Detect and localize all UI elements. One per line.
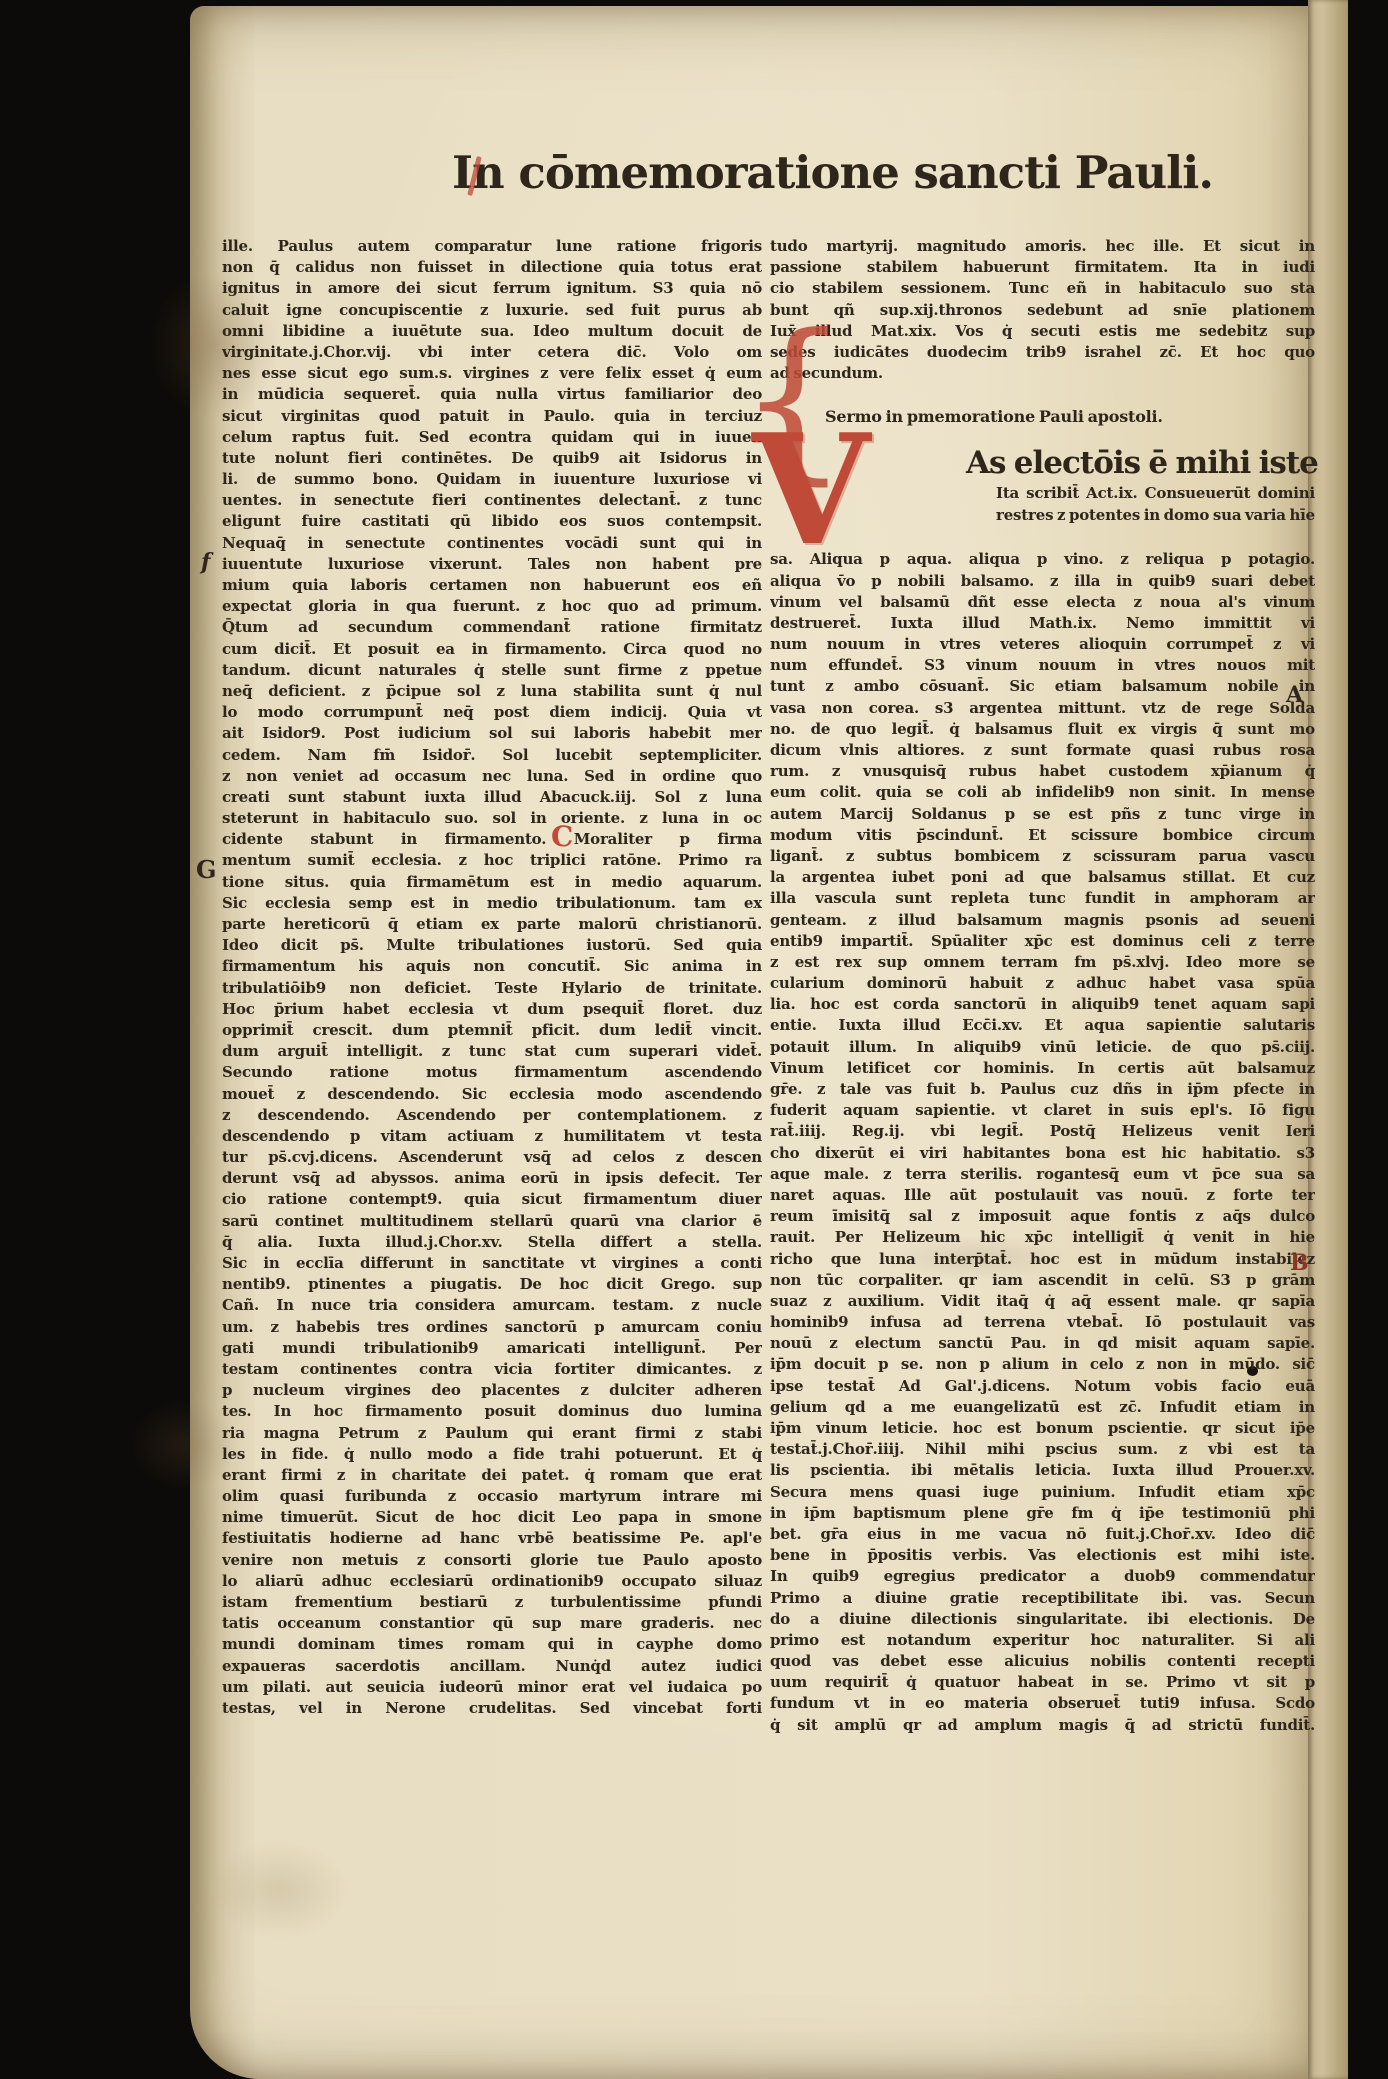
text-line: In quib9 egregius predicator a duob9 com… <box>770 1566 1315 1587</box>
text-line: uum requirit̄ q̇ quatuor habeat in se. P… <box>770 1672 1315 1693</box>
text-line: expectat gloria in qua fuerunt. z hoc qu… <box>222 596 762 617</box>
text-line: parte hereticorū q̄ etiam ex parte malor… <box>222 914 762 935</box>
text-line: z descendendo. Ascendendo per contemplat… <box>222 1105 762 1126</box>
text-line: um pilati. aut seuicia iudeorū minor era… <box>222 1677 762 1698</box>
text-line: mouet̄ z descendendo. Sic ecclesia modo … <box>222 1084 762 1105</box>
text-line: opprimit̄ crescit. dum ptemnit̄ pficit. … <box>222 1020 762 1041</box>
text-line: cedem. Nam fm̄ Isidor̄. Sol lucebit sept… <box>222 745 762 766</box>
text-line: ignitus in amore dei sicut ferrum ignitu… <box>222 278 762 299</box>
text-line: tunt z ambo cōsuant̄. Sic etiam balsamum… <box>770 676 1315 697</box>
text-line: Iux̄ illud Mat.xix. Vos q̇ secuti estis … <box>770 321 1315 342</box>
text-line: tur ps̄.cvj.dicens. Ascenderunt vsq̄ ad … <box>222 1147 762 1168</box>
text-line: la argentea iubet poni ad que balsamus s… <box>770 867 1315 888</box>
text-line: Q̄tum ad secundum commendant̄ ratione fi… <box>222 617 762 638</box>
text-line: istam frementium bestiarū z turbulentiss… <box>222 1592 762 1613</box>
text-line: eligunt fuire castitati qū libido eos su… <box>222 511 762 532</box>
lombard-initial-c: C <box>551 820 573 853</box>
text-line: ad secundum. <box>770 363 1315 384</box>
text-line: rauit. Per Helizeum hic xp̄c intelligit̄… <box>770 1227 1315 1248</box>
text-line: Sic in ecclīa differunt in sanctitate vt… <box>222 1253 762 1274</box>
text-line: descendendo p vitam actiuam z humilitate… <box>222 1126 762 1147</box>
text-line: ria magna Petrum z Paulum qui erant firm… <box>222 1423 762 1444</box>
text-line: ipse testat̄ Ad Gal'.j.dicens. Notum vob… <box>770 1376 1315 1397</box>
rubric-brace: } <box>738 320 849 480</box>
text-line: cularium dominorū habuit z adhuc habet v… <box>770 973 1315 994</box>
text-line: passione stabilem habuerunt firmitatem. … <box>770 257 1315 278</box>
text-line: nentib9. ptinentes a piugatis. De hoc di… <box>222 1274 762 1295</box>
text-line: modum vitis p̄scindunt̄. Et scissure bom… <box>770 825 1315 846</box>
margin-letter-b: B <box>1290 1250 1309 1276</box>
text-line: firmamentum his aquis non concutit̄. Sic… <box>222 956 762 977</box>
text-line: tes. In hoc firmamento posuit dominus du… <box>222 1401 762 1422</box>
text-line: Primo a diuine gratie receptibilitate ib… <box>770 1588 1315 1609</box>
text-line: restres z potentes in domo sua varia hīe… <box>996 505 1315 526</box>
text-line: quod vas debet esse alicuius nobilis con… <box>770 1651 1315 1672</box>
text-line: non q̄ calidus non fuisset in dilectione… <box>222 257 762 278</box>
sermon-incipit: V As electōis ē mihi iste Ita scribit̄ A… <box>770 443 1315 538</box>
text-line: lia. hoc est corda sanctorū in aliquib9 … <box>770 994 1315 1015</box>
text-line: mundi dominam times romam qui in cayphe … <box>222 1634 762 1655</box>
text-line: testas, vel in Nerone crudelitas. Sed vi… <box>222 1698 762 1719</box>
text-line: no. de quo legit̄. q̇ balsamus fluit ex … <box>770 719 1315 740</box>
text-line: Secura mens quasi iuge puinium. Infudit … <box>770 1482 1315 1503</box>
text-line: Sic ecclesia semp est in medio tribulati… <box>222 893 762 914</box>
sermon-rubric: Sermo in pmemoratione Pauli apostoli. <box>825 406 1315 427</box>
text-line: tione situs. quia firmamētum est in medi… <box>222 872 762 893</box>
page-title: In cōmemoratione sancti Pauli. <box>452 146 1164 208</box>
text-line: illa vascula sunt repleta tunc fundit in… <box>770 888 1315 909</box>
text-line: caluit igne concupiscentie z luxurie. se… <box>222 300 762 321</box>
text-line: Nequaq̄ in senectute continentes vocādi … <box>222 533 762 554</box>
text-line: eum colit. quia se coli ab infidelib9 no… <box>770 782 1315 803</box>
left-column-text: ille. Paulus autem comparatur lune ratio… <box>222 236 762 1719</box>
text-line: z est rex sup omnem terram fm ps̄.xlvj. … <box>770 952 1315 973</box>
text-line: num effundet̄. S3 vinum nouum in vtres n… <box>770 655 1315 676</box>
text-line: suaz z auxilium. Vidit itaq̄ q̇ aq̄ esse… <box>770 1291 1315 1312</box>
text-line: p nucleum virgines deo placentes z dulci… <box>222 1380 762 1401</box>
text-line: mium quia laboris certamen non habuerunt… <box>222 575 762 596</box>
text-line: Vinum letificet cor hominis. In certis a… <box>770 1058 1315 1079</box>
text-line: sicut virginitas quod patuit in Paulo. q… <box>222 406 762 427</box>
right-column-text-top: tudo martyrij. magnitudo amoris. hec ill… <box>770 236 1315 384</box>
text-line: num nouum in vtres veteres alioquin corr… <box>770 634 1315 655</box>
text-line: tribulatiōib9 non deficiet. Teste Hylari… <box>222 978 762 999</box>
text-line: creati sunt stabunt iuxta illud Abacuck.… <box>222 787 762 808</box>
text-line: testam continentes contra vicia fortiter… <box>222 1359 762 1380</box>
right-column: tudo martyrij. magnitudo amoris. hec ill… <box>770 236 1315 1736</box>
margin-letter-g: G <box>196 855 217 884</box>
text-line: ait Isidor9. Post iudicium sol sui labor… <box>222 723 762 744</box>
text-line: sarū continet multitudinem stellarū quar… <box>222 1211 762 1232</box>
left-column: ille. Paulus autem comparatur lune ratio… <box>222 236 762 1719</box>
text-line: tudo martyrij. magnitudo amoris. hec ill… <box>770 236 1315 257</box>
text-line: ip̄m vinum leticie. hoc est bonum pscien… <box>770 1418 1315 1439</box>
text-line: testat̄.j.Chor̄.iiij. Nihil mihi pscius … <box>770 1439 1315 1460</box>
text-line: destrueret̄. Iuxta illud Math.ix. Nemo i… <box>770 613 1315 634</box>
text-line: cum dicit̄. Et posuit ea in firmamento. … <box>222 639 762 660</box>
text-line: entib9 impartit̄. Spūaliter xp̄c est dom… <box>770 931 1315 952</box>
text-line: sedes iudicātes duodecim trib9 israhel z… <box>770 342 1315 363</box>
text-line: Ideo dicit ps̄. Multe tribulationes iust… <box>222 935 762 956</box>
text-line: steterunt in habitaculo suo. sol in orie… <box>222 808 762 829</box>
text-line: z non veniet ad occasum nec luna. Sed in… <box>222 766 762 787</box>
text-line: non tūc corpaliter. qr iam ascendit in c… <box>770 1270 1315 1291</box>
text-line: richo que luna interp̄tat̄. hoc est in m… <box>770 1249 1315 1270</box>
text-line: um. z habebis tres ordines sanctorū p am… <box>222 1317 762 1338</box>
text-line: neq̄ deficient. z p̄cipue sol z luna sta… <box>222 681 762 702</box>
text-line: genteam. z illud balsamum magnis psonis … <box>770 910 1315 931</box>
text-line: Ita scribit̄ Act.ix. Consueuerūt domini … <box>996 483 1315 504</box>
text-line: venire non metuis z consorti glorie tue … <box>222 1550 762 1571</box>
text-line: cio ratione contempt9. quia sicut firmam… <box>222 1189 762 1210</box>
text-line: lo aliarū adhuc ecclesiarū ordinationib9… <box>222 1571 762 1592</box>
text-line: olim quasi furibunda z occasio martyrum … <box>222 1486 762 1507</box>
text-line: uentes. in senectute fieri continentes d… <box>222 490 762 511</box>
text-line: dicum vlnis altiores. z sunt formate qua… <box>770 740 1315 761</box>
text-line: cio stabilem sessionem. Tunc eñ in habit… <box>770 278 1315 299</box>
text-line: lis pscientia. ibi mētalis leticia. Iuxt… <box>770 1460 1315 1481</box>
text-line: q̇ sit amplū qr ad amplum magis q̄ ad st… <box>770 1715 1315 1736</box>
text-line: bene in p̄positis verbis. Vas electionis… <box>770 1545 1315 1566</box>
text-line: cidente stabunt in firmamento. Moraliter… <box>222 829 762 850</box>
text-line: tute nolunt fieri continētes. De quib9 a… <box>222 448 762 469</box>
text-line: naret aquas. Ille aūt postulauit vas nou… <box>770 1185 1315 1206</box>
text-line: bunt qñ sup.xij.thronos sedebunt ad snīe… <box>770 300 1315 321</box>
text-line: gr̄e. z tale vas fuit b. Paulus cuz dñs … <box>770 1079 1315 1100</box>
text-line: tandum. dicunt naturales q̇ stelle sunt … <box>222 660 762 681</box>
incipit-display-line: As electōis ē mihi iste <box>966 443 1315 483</box>
text-line: iuuentute luxuriose vixerunt. Tales non … <box>222 554 762 575</box>
text-line: ligant̄. z subtus bombicem z scissuram p… <box>770 846 1315 867</box>
margin-letter-a: A <box>1286 682 1303 708</box>
text-line: nes esse sicut ego sum.s. virgines z ver… <box>222 363 762 384</box>
book-photo: In cōmemoratione sancti Pauli. ille. Pau… <box>0 0 1388 2079</box>
text-line: omni libidine a iuuētute sua. Ideo multu… <box>222 321 762 342</box>
text-line: bet. gr̄a eius in me vacua nō fuit.j.Cho… <box>770 1524 1315 1545</box>
text-line: erant firmi z in charitate dei patet. q̇… <box>222 1465 762 1486</box>
text-line: rum. z vnusquisq̄ rubus habet custodem x… <box>770 761 1315 782</box>
text-line: vasa non corea. s3 argentea mittunt. vtz… <box>770 698 1315 719</box>
text-line: cho dixerūt ei viri habitantes bona est … <box>770 1143 1315 1164</box>
text-line: les in fide. q̇ nullo modo a fide trahi … <box>222 1444 762 1465</box>
text-line: li. de summo bono. Quidam in iuuenture l… <box>222 469 762 490</box>
text-line: ip̄m docuit p se. non p alium in celo z … <box>770 1354 1315 1375</box>
text-line: dum arguit̄ intelligit. z tunc stat cum … <box>222 1041 762 1062</box>
text-line: fundum vt in eo materia obseruet̄ tuti9 … <box>770 1693 1315 1714</box>
text-line: Cañ. In nuce tria considera amurcam. tes… <box>222 1295 762 1316</box>
text-line: autem Marcij Soldanus p se est pñs z tun… <box>770 804 1315 825</box>
text-line: nouū z electum sanctū Pau. in qd misit a… <box>770 1333 1315 1354</box>
text-line: entie. Iuxta illud Ecc̄i.xv. Et aqua sap… <box>770 1015 1315 1036</box>
text-line: fuderit aquam sapientie. vt claret in su… <box>770 1100 1315 1121</box>
text-line: Secundo ratione motus firmamentum ascend… <box>222 1062 762 1083</box>
text-line: nime timuerūt. Sicut de hoc dicit Leo pa… <box>222 1507 762 1528</box>
text-line: potauit illum. In aliquib9 vinū leticie.… <box>770 1037 1315 1058</box>
margin-letter-f: f <box>201 549 210 575</box>
text-line: expaueras sacerdotis ancillam. Nunq̇d au… <box>222 1656 762 1677</box>
text-line: vinum vel balsamū dñt esse electa z noua… <box>770 592 1315 613</box>
text-line: rat̄.iiij. Reg.ij. vbi legit̄. Postq̄ He… <box>770 1121 1315 1142</box>
text-line: reum īmisitq̄ sal z imposuit aque fontis… <box>770 1206 1315 1227</box>
text-line: primo est notandum experitur hoc natural… <box>770 1630 1315 1651</box>
text-line: do a diuine dilectionis singularitate. i… <box>770 1609 1315 1630</box>
text-line: derunt vsq̄ ad abyssos. anima eorū in ip… <box>222 1168 762 1189</box>
text-line: ille. Paulus autem comparatur lune ratio… <box>222 236 762 257</box>
text-line: aque male. z terra sterilis. rogantesq̄ … <box>770 1164 1315 1185</box>
text-line: gelium qd a me euangelizatū est zc̄. Inf… <box>770 1397 1315 1418</box>
text-line: tatis occeanum constantior qū sup mare g… <box>222 1613 762 1634</box>
text-line: in ip̄m baptismum plene gr̄e fm q̇ ip̄e … <box>770 1503 1315 1524</box>
text-line: celum raptus fuit. Sed econtra quidam qu… <box>222 427 762 448</box>
text-line: virginitate.j.Chor.vij. vbi inter cetera… <box>222 342 762 363</box>
text-line: gati mundi tribulationib9 amaricati inte… <box>222 1338 762 1359</box>
text-line: mentum sumit̄ ecclesia. z hoc triplici r… <box>222 850 762 871</box>
text-line: lo modo corrumpunt̄ neq̄ post diem indic… <box>222 702 762 723</box>
text-line: in mūdicia sequeret̄. quia nulla virtus … <box>222 384 762 405</box>
text-line: q̄ alia. Iuxta illud.j.Chor.xv. Stella d… <box>222 1232 762 1253</box>
right-column-text-body: sa. Aliqua p aqua. aliqua p vino. z reli… <box>770 549 1315 1736</box>
text-line: hominib9 infusa ad terrena vtebat̄. Iō p… <box>770 1312 1315 1333</box>
text-line: festiuitatis hodierne ad hanc vrbē beati… <box>222 1528 762 1549</box>
text-line: Hoc p̄rium habet ecclesia vt dum psequit… <box>222 999 762 1020</box>
